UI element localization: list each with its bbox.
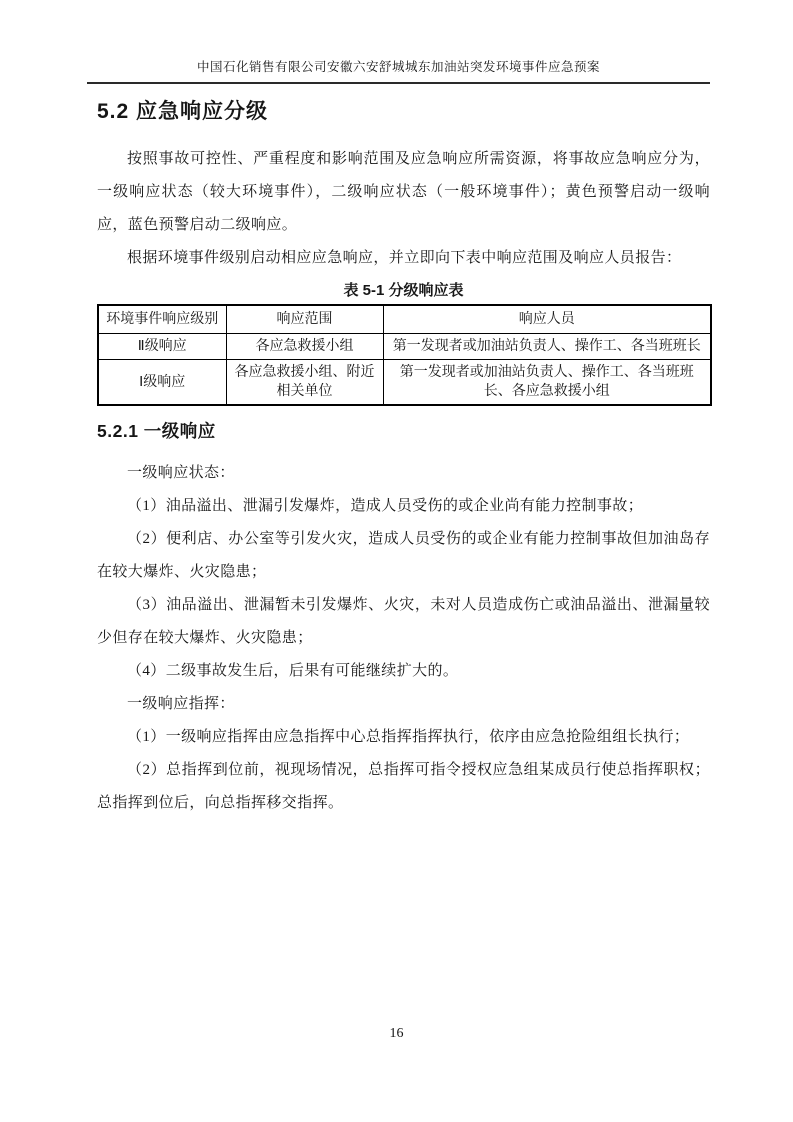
section-title: 5.2 应急响应分级 (97, 95, 710, 125)
table-cell: Ⅱ级响应 (98, 334, 226, 360)
table-cell: Ⅰ级响应 (98, 360, 226, 406)
table-cell: 各应急救援小组、附近相关单位 (226, 360, 383, 406)
paragraph: （3）油品溢出、泄漏暂未引发爆炸、火灾，未对人员造成伤亡或油品溢出、泄漏量较少但… (97, 589, 710, 655)
grading-response-table: 环境事件响应级别 响应范围 响应人员 Ⅱ级响应 各应急救援小组 第一发现者或加油… (97, 304, 712, 406)
paragraph: 一级响应状态： (97, 457, 710, 490)
paragraph: 一级响应指挥： (97, 688, 710, 721)
table-cell: 第一发现者或加油站负责人、操作工、各当班班长、各应急救援小组 (383, 360, 711, 406)
subsection-title: 5.2.1 一级响应 (97, 418, 710, 443)
paragraph: 根据环境事件级别启动相应应急响应，并立即向下表中响应范围及响应人员报告： (97, 242, 710, 275)
document-page: 中国石化销售有限公司安徽六安舒城城东加油站突发环境事件应急预案 5.2 应急响应… (0, 0, 793, 1122)
table-header-cell: 响应人员 (383, 305, 711, 334)
table-row: Ⅰ级响应 各应急救援小组、附近相关单位 第一发现者或加油站负责人、操作工、各当班… (98, 360, 711, 406)
table-cell: 第一发现者或加油站负责人、操作工、各当班班长 (383, 334, 711, 360)
page-content: 5.2 应急响应分级 按照事故可控性、严重程度和影响范围及应急响应所需资源，将事… (97, 95, 710, 820)
paragraph: （4）二级事故发生后，后果有可能继续扩大的。 (97, 655, 710, 688)
paragraph: （1）一级响应指挥由应急指挥中心总指挥指挥执行，依序由应急抢险组组长执行； (97, 721, 710, 754)
document-header: 中国石化销售有限公司安徽六安舒城城东加油站突发环境事件应急预案 (87, 57, 710, 84)
paragraph: （2）便利店、办公室等引发火灾，造成人员受伤的或企业有能力控制事故但加油岛存在较… (97, 523, 710, 589)
table-header-cell: 环境事件响应级别 (98, 305, 226, 334)
paragraph: （2）总指挥到位前，视现场情况，总指挥可指令授权应急组某成员行使总指挥职权；总指… (97, 754, 710, 820)
table-row: Ⅱ级响应 各应急救援小组 第一发现者或加油站负责人、操作工、各当班班长 (98, 334, 711, 360)
paragraph: 按照事故可控性、严重程度和影响范围及应急响应所需资源，将事故应急响应分为，一级响… (97, 143, 710, 242)
table-header-cell: 响应范围 (226, 305, 383, 334)
table-cell: 各应急救援小组 (226, 334, 383, 360)
paragraph: （1）油品溢出、泄漏引发爆炸，造成人员受伤的或企业尚有能力控制事故； (97, 490, 710, 523)
table-title: 表 5-1 分级响应表 (97, 281, 710, 301)
table-header-row: 环境事件响应级别 响应范围 响应人员 (98, 305, 711, 334)
page-number: 16 (0, 1026, 793, 1042)
